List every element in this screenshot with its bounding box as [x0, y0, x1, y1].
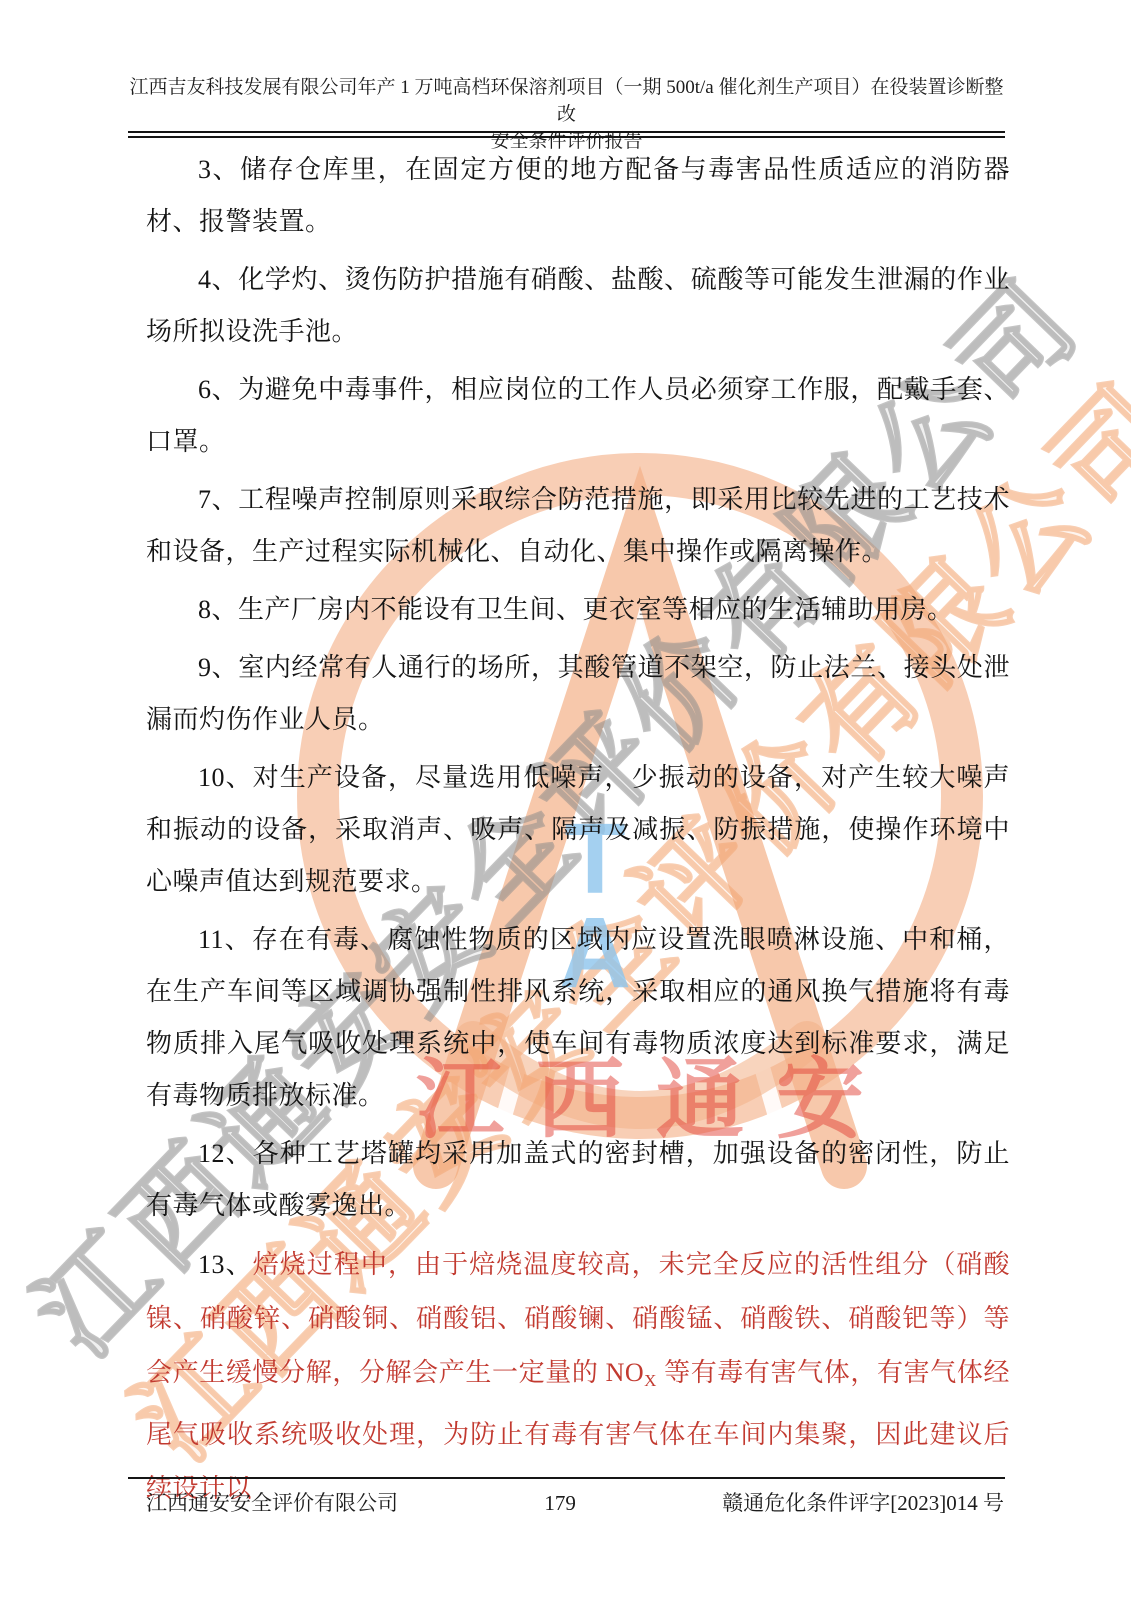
paragraph-12: 12、各种工艺塔罐均采用加盖式的密封槽，加强设备的密闭性，防止有毒气体或酸雾逸出… [146, 1128, 1010, 1232]
page-header: 江西吉友科技发展有限公司年产 1 万吨高档环保溶剂项目（一期 500t/a 催化… [128, 74, 1005, 155]
report-page: 江西通安安全评价有限公司 江西通安安全评价有限公司 T A 江西通安 江西吉友科… [0, 0, 1131, 1600]
paragraph-6: 6、为避免中毒事件，相应岗位的工作人员必须穿工作服，配戴手套、口罩。 [146, 364, 1010, 468]
paragraph-13: 13、焙烧过程中，由于焙烧温度较高，未完全反应的活性组分（硝酸镍、硝酸锌、硝酸铜… [146, 1238, 1010, 1516]
paragraph-8: 8、生产厂房内不能设有卫生间、更衣室等相应的生活辅助用房。 [146, 584, 1010, 636]
paragraph-13-subscript: X [644, 1371, 657, 1390]
footer-company: 江西通安安全评价有限公司 [146, 1487, 398, 1517]
footer-rule [128, 1477, 1005, 1479]
paragraph-7: 7、工程噪声控制原则采取综合防范措施，即采用比较先进的工艺技术和设备，生产过程实… [146, 474, 1010, 578]
footer-document-number: 赣通危化条件评字[2023]014 号 [722, 1487, 1004, 1517]
paragraph-4: 4、化学灼、烫伤防护措施有硝酸、盐酸、硫酸等可能发生泄漏的作业场所拟设洗手池。 [146, 254, 1010, 358]
footer-page-number: 179 [544, 1491, 576, 1516]
paragraph-11: 11、存在有毒、腐蚀性物质的区域内应设置洗眼喷淋设施、中和桶，在生产车间等区域调… [146, 914, 1010, 1122]
paragraph-10: 10、对生产设备，尽量选用低噪声，少振动的设备，对产生较大噪声和振动的设备，采取… [146, 752, 1010, 908]
paragraph-9: 9、室内经常有人通行的场所，其酸管道不架空，防止法兰、接头处泄漏而灼伤作业人员。 [146, 642, 1010, 746]
header-double-rule [128, 131, 1005, 138]
paragraph-13-number: 13、 [198, 1250, 253, 1279]
paragraph-3: 3、储存仓库里，在固定方便的地方配备与毒害品性质适应的消防器材、报警装置。 [146, 144, 1010, 248]
header-title-line1: 江西吉友科技发展有限公司年产 1 万吨高档环保溶剂项目（一期 500t/a 催化… [128, 74, 1005, 128]
document-body: 3、储存仓库里，在固定方便的地方配备与毒害品性质适应的消防器材、报警装置。 4、… [146, 144, 1010, 1522]
page-footer: 江西通安安全评价有限公司 179 赣通危化条件评字[2023]014 号 [146, 1487, 1004, 1517]
